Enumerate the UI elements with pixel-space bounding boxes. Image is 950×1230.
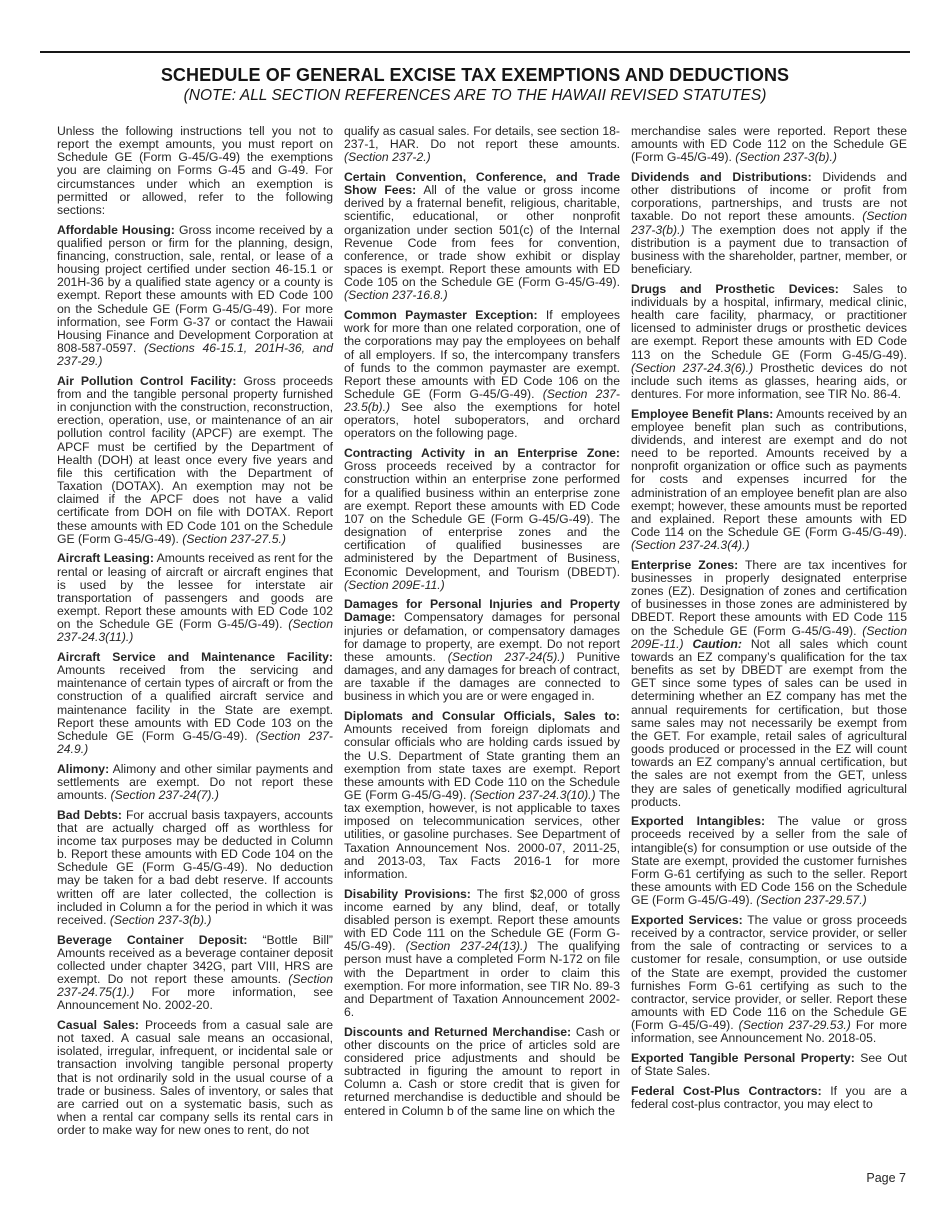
section-heading: Exported Tangible Personal Property: bbox=[631, 1051, 855, 1065]
section-paragraph: Disability Provisions: The first $2,000 … bbox=[344, 888, 620, 1020]
section-paragraph: Drugs and Prosthetic Devices: Sales to i… bbox=[631, 283, 907, 401]
section-paragraph: Exported Tangible Personal Property: See… bbox=[631, 1052, 907, 1078]
text-run: Caution: bbox=[693, 637, 742, 651]
section-heading: Discounts and Returned Merchandise: bbox=[344, 1025, 571, 1039]
text-run: qualify as casual sales. For details, se… bbox=[344, 124, 620, 151]
text-columns: Unless the following instructions tell y… bbox=[57, 125, 908, 1144]
text-column-2: qualify as casual sales. For details, se… bbox=[344, 125, 620, 1124]
section-paragraph: merchandise sales were reported. Report … bbox=[631, 125, 907, 164]
section-paragraph: qualify as casual sales. For details, se… bbox=[344, 125, 620, 164]
section-heading: Common Paymaster Exception: bbox=[344, 308, 538, 322]
section-heading: Exported Intangibles: bbox=[631, 814, 765, 828]
section-heading: Casual Sales: bbox=[57, 1018, 139, 1032]
section-paragraph: Casual Sales: Proceeds from a casual sal… bbox=[57, 1019, 333, 1137]
text-run: Gross income received by a qualified per… bbox=[57, 223, 333, 355]
section-paragraph: Aircraft Leasing: Amounts received as re… bbox=[57, 552, 333, 644]
section-paragraph: Damages for Personal Injuries and Proper… bbox=[344, 598, 620, 703]
text-run: (Section 237-24.3(6).) bbox=[631, 361, 753, 375]
section-heading: Dividends and Distributions: bbox=[631, 170, 812, 184]
text-run: All of the value or gross income derived… bbox=[344, 183, 620, 289]
text-run: Amounts received by an employee benefit … bbox=[631, 407, 907, 539]
section-paragraph: Diplomats and Consular Officials, Sales … bbox=[344, 710, 620, 881]
text-run: (Section 209E-11.) bbox=[344, 578, 445, 592]
text-run: (Section 237-24.3(4).) bbox=[631, 538, 750, 552]
text-run: Unless the following instructions tell y… bbox=[57, 124, 333, 217]
section-heading: Air Pollution Control Facility: bbox=[57, 374, 236, 388]
text-run: (Section 237-24.3(10).) bbox=[470, 788, 596, 802]
text-column-3: merchandise sales were reported. Report … bbox=[631, 125, 907, 1118]
text-run: (Section 237-3(b).) bbox=[735, 150, 837, 164]
section-heading: Exported Services: bbox=[631, 913, 743, 927]
section-paragraph: Unless the following instructions tell y… bbox=[57, 125, 333, 217]
section-heading: Aircraft Leasing: bbox=[57, 551, 154, 565]
section-heading: Diplomats and Consular Officials, Sales … bbox=[344, 709, 620, 723]
section-paragraph: Affordable Housing: Gross income receive… bbox=[57, 224, 333, 369]
section-paragraph: Discounts and Returned Merchandise: Cash… bbox=[344, 1026, 620, 1118]
section-heading: Federal Cost-Plus Contractors: bbox=[631, 1084, 822, 1098]
section-paragraph: Beverage Container Deposit: “Bottle Bill… bbox=[57, 934, 333, 1013]
section-paragraph: Employee Benefit Plans: Amounts received… bbox=[631, 408, 907, 553]
section-heading: Employee Benefit Plans: bbox=[631, 407, 773, 421]
text-run: The value or gross proceeds received by … bbox=[631, 913, 907, 1032]
text-run: For accrual basis taxpayers, accounts th… bbox=[57, 808, 333, 927]
text-run: (Section 237-3(b).) bbox=[110, 913, 212, 927]
section-paragraph: Dividends and Distributions: Dividends a… bbox=[631, 171, 907, 276]
section-heading: Contracting Activity in an Enterprise Zo… bbox=[344, 446, 620, 460]
text-run: Gross proceeds received by a contractor … bbox=[344, 459, 620, 578]
text-run: (Section 237-27.5.) bbox=[182, 532, 286, 546]
text-run: (Section 237-2.) bbox=[344, 150, 431, 164]
text-run: Gross proceeds from and the tangible per… bbox=[57, 374, 333, 546]
section-paragraph: Alimony: Alimony and other similar payme… bbox=[57, 763, 333, 802]
text-run: (Section 237-16.8.) bbox=[344, 288, 448, 302]
text-run: The tax exemption, however, is not appli… bbox=[344, 788, 620, 881]
section-paragraph: Exported Services: The value or gross pr… bbox=[631, 914, 907, 1046]
text-run: Proceeds from a casual sale are not taxe… bbox=[57, 1018, 333, 1137]
text-run: (Section 237-29.57.) bbox=[756, 893, 866, 907]
section-paragraph: Contracting Activity in an Enterprise Zo… bbox=[344, 447, 620, 592]
text-run: Cash or other discounts on the price of … bbox=[344, 1025, 620, 1118]
section-heading: Affordable Housing: bbox=[57, 223, 175, 237]
text-run: (Section 237-24(5).) bbox=[448, 650, 565, 664]
text-run: (Section 237-29.53.) bbox=[739, 1018, 851, 1032]
text-column-1: Unless the following instructions tell y… bbox=[57, 125, 333, 1144]
page-number: Page 7 bbox=[866, 1171, 906, 1185]
section-paragraph: Bad Debts: For accrual basis taxpayers, … bbox=[57, 809, 333, 927]
top-divider bbox=[40, 51, 910, 53]
section-paragraph: Enterprise Zones: There are tax incentiv… bbox=[631, 559, 907, 809]
section-heading: Disability Provisions: bbox=[344, 887, 471, 901]
page-subtitle: (NOTE: ALL SECTION REFERENCES ARE TO THE… bbox=[0, 87, 950, 105]
document-page: SCHEDULE OF GENERAL EXCISE TAX EXEMPTION… bbox=[0, 0, 950, 1230]
section-heading: Enterprise Zones: bbox=[631, 558, 738, 572]
section-paragraph: Aircraft Service and Maintenance Facilit… bbox=[57, 651, 333, 756]
text-run: (Section 237-24(7).) bbox=[111, 788, 219, 802]
text-run: Not all sales which count towards an EZ … bbox=[631, 637, 907, 809]
section-heading: Aircraft Service and Maintenance Facilit… bbox=[57, 650, 333, 664]
section-paragraph: Exported Intangibles: The value or gross… bbox=[631, 815, 907, 907]
section-heading: Bad Debts: bbox=[57, 808, 122, 822]
section-heading: Beverage Container Deposit: bbox=[57, 933, 247, 947]
section-heading: Drugs and Prosthetic Devices: bbox=[631, 282, 839, 296]
text-run: (Section 237-24(13).) bbox=[406, 939, 528, 953]
section-heading: Alimony: bbox=[57, 762, 109, 776]
section-paragraph: Air Pollution Control Facility: Gross pr… bbox=[57, 375, 333, 546]
section-paragraph: Federal Cost-Plus Contractors: If you ar… bbox=[631, 1085, 907, 1111]
section-paragraph: Certain Convention, Conference, and Trad… bbox=[344, 171, 620, 303]
page-title: SCHEDULE OF GENERAL EXCISE TAX EXEMPTION… bbox=[0, 65, 950, 86]
section-paragraph: Common Paymaster Exception: If employees… bbox=[344, 309, 620, 441]
